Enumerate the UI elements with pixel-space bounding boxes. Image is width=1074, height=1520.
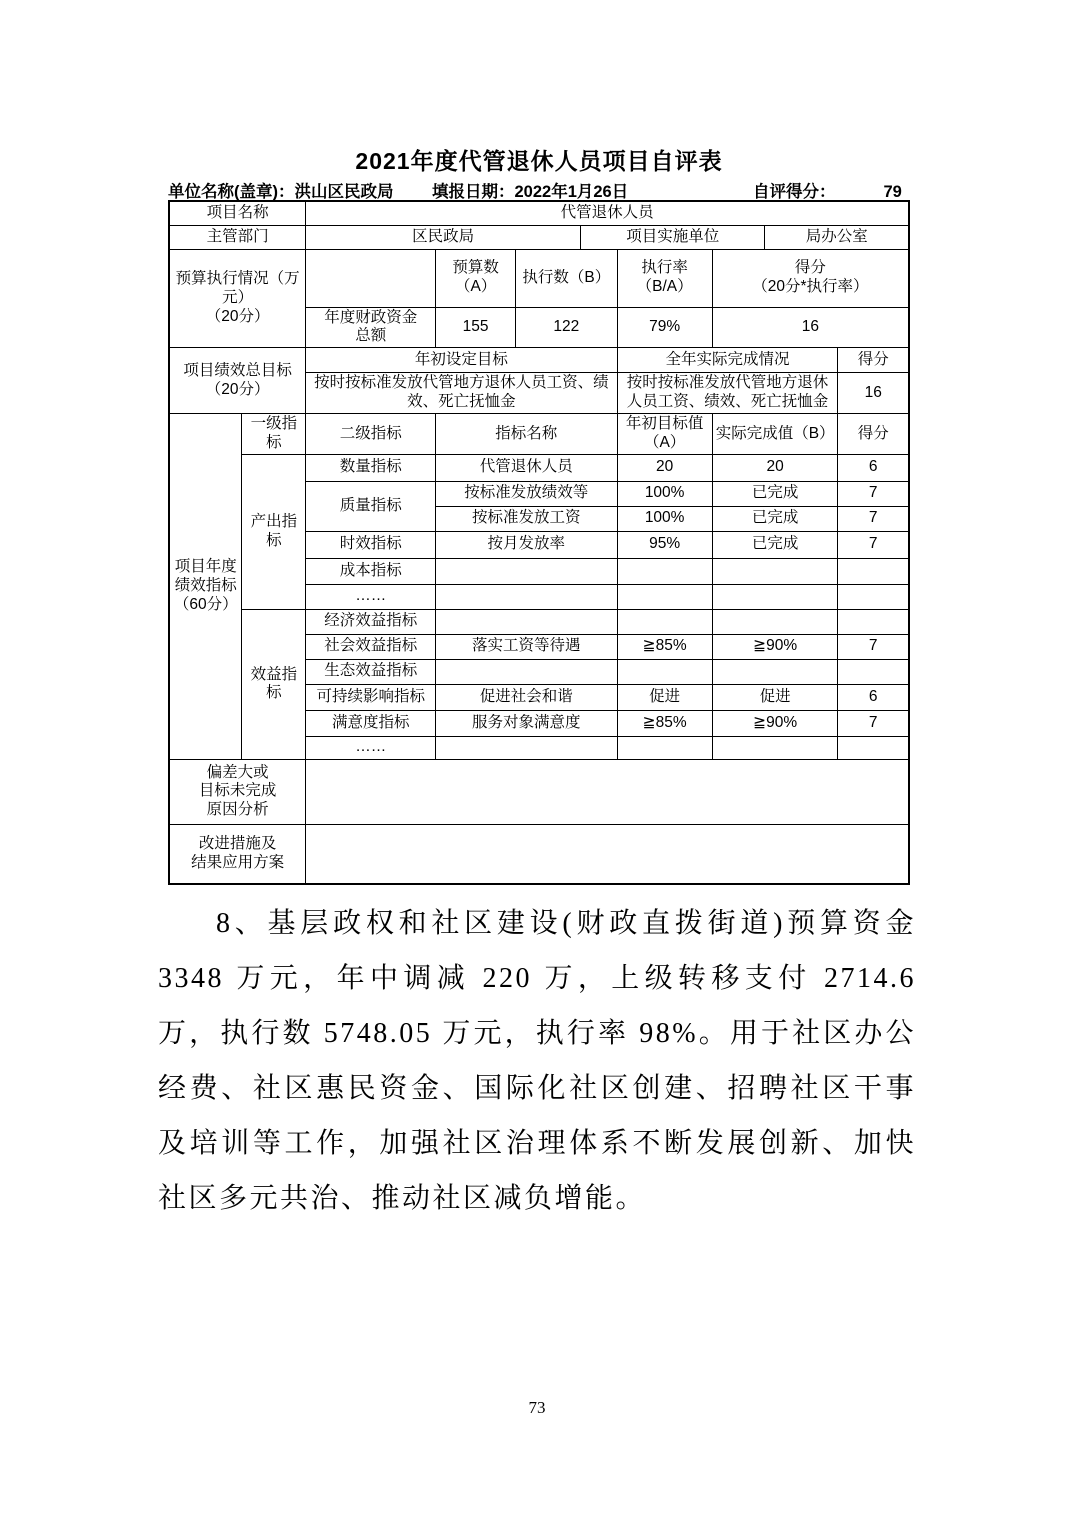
indicator-target	[617, 558, 712, 584]
score-col-header: 得分 （20分*执行率）	[712, 249, 909, 307]
impl-unit-value: 局办公室	[765, 225, 909, 249]
indicator-level2: ……	[306, 584, 436, 609]
annual-indicators-label: 项目年度 绩效指标 （60分）	[169, 414, 242, 760]
self-evaluation-table: 项目名称 代管退休人员 主管部门 区民政局 项目实施单位 局办公室 预算执行情况…	[168, 200, 910, 885]
dept-value: 区民政局	[306, 225, 581, 249]
output-group-label: 产出指 标	[242, 454, 306, 609]
indicator-target: 100%	[617, 506, 712, 531]
indicator-score	[838, 558, 909, 584]
body-paragraph: 8、基层政权和社区建设(财政直拨街道)预算资金 3348 万元，年中调减 220…	[158, 896, 916, 1226]
table-row: 项目年度 绩效指标 （60分） 一级指 标 二级指标 指标名称 年初目标值 （A…	[169, 414, 909, 455]
indicator-name: 按月发放率	[436, 531, 617, 558]
page-number: 73	[0, 1398, 1074, 1418]
level1-header: 一级指 标	[242, 414, 306, 455]
indicator-level2: 社会效益指标	[306, 634, 436, 659]
table-row: 预算执行情况（万 元） （20分） 预算数 （A） 执行数（B） 执行率 （B/…	[169, 249, 909, 307]
indicator-target-header: 年初目标值 （A）	[617, 414, 712, 455]
document-title: 2021年度代管退休人员项目自评表	[168, 143, 910, 176]
improvement-value	[306, 824, 909, 884]
unit-name-label: 单位名称(盖章)：	[168, 183, 295, 201]
indicator-actual: 已完成	[712, 481, 838, 506]
annual-funds-label: 年度财政资金 总额	[306, 307, 436, 348]
improvement-label: 改进措施及 结果应用方案	[169, 824, 306, 884]
indicator-score: 6	[838, 454, 909, 481]
document-meta-line: 单位名称(盖章)：洪山区民政局 填报日期：2022年1月26日 自评得分：79	[168, 178, 910, 200]
indicator-target	[617, 736, 712, 759]
indicator-score: 7	[838, 634, 909, 659]
indicator-name: 服务对象满意度	[436, 710, 617, 736]
exec-value: 122	[516, 307, 617, 348]
self-score-value: 79	[884, 183, 902, 201]
budget-col-header: 预算数 （A）	[436, 249, 516, 307]
table-row: 偏差大或 目标未完成 原因分析	[169, 759, 909, 824]
table-row: 主管部门 区民政局 项目实施单位 局办公室	[169, 225, 909, 249]
indicator-score: 7	[838, 481, 909, 506]
indicator-name: 落实工资等待遇	[436, 634, 617, 659]
indicator-level2: 时效指标	[306, 531, 436, 558]
indicator-target: ≧85%	[617, 710, 712, 736]
indicator-name	[436, 609, 617, 634]
indicator-actual: 促进	[712, 684, 838, 710]
goal-score-header: 得分	[838, 348, 909, 373]
indicator-target: 100%	[617, 481, 712, 506]
indicator-score: 7	[838, 710, 909, 736]
indicator-name	[436, 659, 617, 684]
indicator-name	[436, 584, 617, 609]
dept-label: 主管部门	[169, 225, 306, 249]
deviation-value	[306, 759, 909, 824]
report-date-group: 填报日期：2022年1月26日	[432, 178, 628, 202]
indicator-score	[838, 609, 909, 634]
indicator-name: 促进社会和谐	[436, 684, 617, 710]
indicator-score	[838, 584, 909, 609]
indicator-target: 95%	[617, 531, 712, 558]
budget-value: 155	[436, 307, 516, 348]
indicator-actual-header: 实际完成值（B）	[712, 414, 838, 455]
indicator-target: 20	[617, 454, 712, 481]
report-date-value: 2022年1月26日	[515, 183, 629, 201]
indicator-level2: 成本指标	[306, 558, 436, 584]
indicator-actual	[712, 736, 838, 759]
indicator-level2: 数量指标	[306, 454, 436, 481]
indicator-score-header: 得分	[838, 414, 909, 455]
goal-score-value: 16	[838, 373, 909, 414]
indicator-name	[436, 736, 617, 759]
goal-section-label: 项目绩效总目标 （20分）	[169, 348, 306, 414]
self-score-label: 自评得分：	[753, 183, 836, 201]
unit-name-group: 单位名称(盖章)：洪山区民政局	[168, 178, 394, 202]
rate-value: 79%	[617, 307, 712, 348]
level2-header: 二级指标	[306, 414, 436, 455]
benefit-group-label: 效益指 标	[242, 609, 306, 759]
impl-unit-label: 项目实施单位	[581, 225, 765, 249]
table-row: 项目绩效总目标 （20分） 年初设定目标 全年实际完成情况 得分	[169, 348, 909, 373]
indicator-name: 按标准发放工资	[436, 506, 617, 531]
indicator-actual	[712, 558, 838, 584]
indicator-level2: 生态效益指标	[306, 659, 436, 684]
indicator-actual	[712, 659, 838, 684]
project-name-value: 代管退休人员	[306, 201, 909, 225]
goal-target-header: 年初设定目标	[306, 348, 617, 373]
indicator-level2: 满意度指标	[306, 710, 436, 736]
indicator-row: 产出指 标 数量指标 代管退休人员 20 20 6	[169, 454, 909, 481]
indicator-actual	[712, 584, 838, 609]
indicator-score	[838, 736, 909, 759]
indicator-level2: 经济效益指标	[306, 609, 436, 634]
budget-section-label: 预算执行情况（万 元） （20分）	[169, 249, 306, 348]
project-name-label: 项目名称	[169, 201, 306, 225]
indicator-actual: 20	[712, 454, 838, 481]
report-date-label: 填报日期：	[432, 183, 515, 201]
indicator-level2: 可持续影响指标	[306, 684, 436, 710]
indicator-name-header: 指标名称	[436, 414, 617, 455]
table-row: 改进措施及 结果应用方案	[169, 824, 909, 884]
indicator-score: 6	[838, 684, 909, 710]
indicator-level2: 质量指标	[306, 481, 436, 531]
indicator-name: 代管退休人员	[436, 454, 617, 481]
indicator-score: 7	[838, 531, 909, 558]
indicator-actual: ≧90%	[712, 710, 838, 736]
indicator-target: ≧85%	[617, 634, 712, 659]
indicator-target	[617, 609, 712, 634]
indicator-target	[617, 659, 712, 684]
indicator-row: 效益指 标 经济效益指标	[169, 609, 909, 634]
rate-col-header: 执行率 （B/A）	[617, 249, 712, 307]
unit-name-value: 洪山区民政局	[295, 183, 394, 201]
deviation-label: 偏差大或 目标未完成 原因分析	[169, 759, 306, 824]
goal-actual-header: 全年实际完成情况	[617, 348, 838, 373]
budget-empty-cell	[306, 249, 436, 307]
indicator-target	[617, 584, 712, 609]
exec-col-header: 执行数（B）	[516, 249, 617, 307]
indicator-name: 按标准发放绩效等	[436, 481, 617, 506]
indicator-name	[436, 558, 617, 584]
goal-target-text: 按时按标准发放代管地方退休人员工资、绩效、死亡抚恤金	[306, 373, 617, 414]
table-row: 项目名称 代管退休人员	[169, 201, 909, 225]
document-page: 2021年度代管退休人员项目自评表 单位名称(盖章)：洪山区民政局 填报日期：2…	[0, 0, 1074, 1520]
goal-actual-text: 按时按标准发放代管地方退休人员工资、绩效、死亡抚恤金	[617, 373, 838, 414]
self-score-group: 自评得分：79	[753, 178, 902, 202]
indicator-actual: ≧90%	[712, 634, 838, 659]
indicator-actual: 已完成	[712, 531, 838, 558]
budget-score-value: 16	[712, 307, 909, 348]
indicator-target: 促进	[617, 684, 712, 710]
indicator-score	[838, 659, 909, 684]
indicator-score: 7	[838, 506, 909, 531]
indicator-actual: 已完成	[712, 506, 838, 531]
indicator-actual	[712, 609, 838, 634]
indicator-level2: ……	[306, 736, 436, 759]
